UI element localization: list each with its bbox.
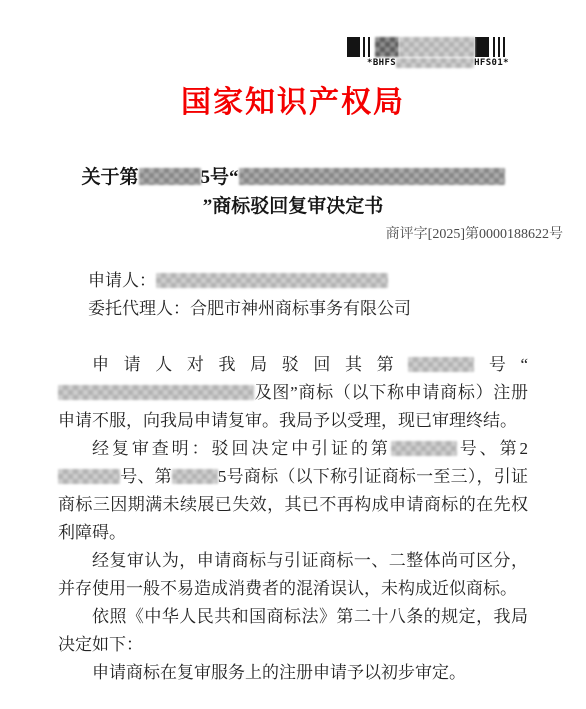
paragraph-text: 申请人对我局驳回其第 xyxy=(92,355,408,374)
redacted-blur xyxy=(156,273,388,288)
paragraph-text: 号“ xyxy=(474,355,528,374)
applicant-row: 申请人： xyxy=(88,267,586,295)
barcode: *BHFS HFS01* xyxy=(347,37,517,68)
redacted-blur xyxy=(375,37,399,57)
redacted-blur xyxy=(391,441,457,456)
document-page: *BHFS HFS01* 国家知识产权局 关于第5号“ ”商标驳回复审决定书 商… xyxy=(0,0,586,709)
redacted-blur xyxy=(396,58,474,68)
barcode-bar xyxy=(363,37,373,57)
doc-number: 商评字[2025]第0000188622号 xyxy=(0,223,563,243)
redacted-blur xyxy=(172,469,218,484)
paragraph-1: 申请人对我局驳回其第号“及图”商标（以下称申请商标）注册申请不服，向我局申请复审… xyxy=(58,351,528,435)
parties-section: 申请人： 委托代理人：合肥市神州商标事务有限公司 xyxy=(88,267,586,323)
barcode-label: *BHFS HFS01* xyxy=(367,58,517,68)
barcode-bars xyxy=(347,37,517,57)
paragraph-2: 经复审查明：驳回决定中引证的第号、第2号、第5号商标（以下称引证商标一至三），引… xyxy=(58,435,528,547)
agent-label: 委托代理人： xyxy=(88,299,190,318)
redacted-blur xyxy=(399,37,475,57)
document-title: 关于第5号“ ”商标驳回复审决定书 xyxy=(30,163,556,221)
paragraph-text: 经复审查明：驳回决定中引证的第 xyxy=(92,439,391,458)
agency-title: 国家知识产权局 xyxy=(0,86,586,120)
agent-row: 委托代理人：合肥市神州商标事务有限公司 xyxy=(88,295,586,323)
barcode-bar xyxy=(475,37,489,57)
redacted-blur xyxy=(58,385,254,400)
redacted-blur xyxy=(408,357,474,372)
paragraph-4: 依照《中华人民共和国商标法》第二十八条的规定，我局决定如下： xyxy=(58,603,528,659)
doc-title-part2: 5号“ xyxy=(201,167,239,188)
agent-name: 合肥市神州商标事务有限公司 xyxy=(190,299,411,318)
paragraph-text: 号、第 xyxy=(120,467,172,486)
barcode-bar xyxy=(347,37,360,57)
redacted-blur xyxy=(58,469,120,484)
redacted-blur xyxy=(239,168,505,185)
paragraph-3: 经复审认为，申请商标与引证商标一、二整体尚可区分，并存使用一般不易造成消费者的混… xyxy=(58,547,528,603)
doc-title-part1: 关于第 xyxy=(81,167,138,188)
applicant-label: 申请人： xyxy=(88,271,156,290)
barcode-label-suffix: HFS01* xyxy=(474,58,509,68)
redacted-blur xyxy=(139,168,201,185)
barcode-label-prefix: *BHFS xyxy=(367,58,396,68)
doc-title-line2: ”商标驳回复审决定书 xyxy=(203,196,384,217)
paragraph-5: 申请商标在复审服务上的注册申请予以初步审定。 xyxy=(58,659,528,687)
paragraph-text: 号、第2 xyxy=(457,439,528,458)
decision-body: 申请人对我局驳回其第号“及图”商标（以下称申请商标）注册申请不服，向我局申请复审… xyxy=(58,351,528,687)
barcode-bar xyxy=(493,37,505,57)
